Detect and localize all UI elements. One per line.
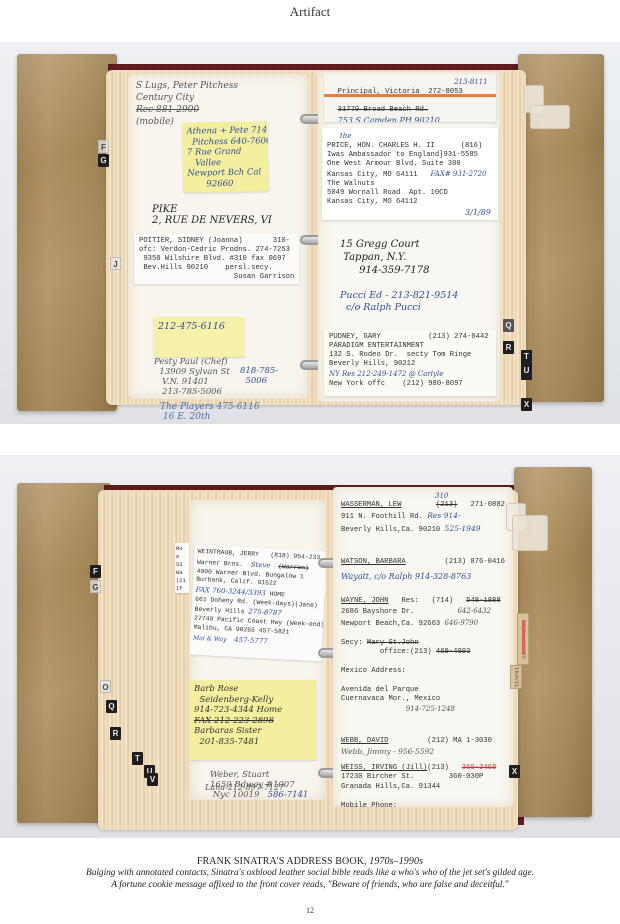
section-header: Artifact	[0, 4, 620, 20]
handwritten-watson: Wayatt, c/o Ralph 914-328-8763	[341, 571, 471, 582]
index-tab-q: Q	[106, 700, 117, 713]
index-tab-x: X	[509, 765, 520, 778]
card-principal: 213-8111 Principal, Victoria 272-8053 31…	[324, 74, 496, 122]
sticky-phone: 212-475-6116	[154, 317, 244, 357]
entry-weiss: WEISS, IRVING (Jill)(213) 360-3468 17230…	[341, 764, 496, 807]
index-tab-tu: TU	[521, 350, 532, 380]
tape-roll	[530, 105, 570, 129]
right-page: 213-8111 Principal, Victoria 272-8053 31…	[318, 72, 500, 402]
index-tab-f: F	[98, 140, 109, 153]
orange-divider	[324, 94, 496, 97]
index-tab-t: T	[132, 752, 143, 765]
handwritten-paul-players: Pesty Paul (Chef) 13909 Sylvan St V.N. 9…	[154, 357, 230, 397]
side-tab-restaurants: RESTAURANTS	[517, 613, 529, 665]
left-cover-wrapped	[17, 54, 117, 411]
index-tab-v: V	[147, 773, 158, 786]
entry-wayne: WAYNE, JOHN Res: (714) 548-1888 2686 Bay…	[341, 597, 501, 716]
left-page: WEINTRAUB, JERRY (818) 954-233 Warner Br…	[190, 500, 325, 800]
index-tab-r: R	[503, 341, 514, 354]
entry-webb: WEBB, DAVID (212) MA 1-3030 Webb, Jimmy …	[341, 737, 492, 759]
right-page: WASSERMAN, LEW (213) 271-0882 911 N. Foo…	[333, 487, 513, 807]
left-page: S Lugs, Peter Pitchess Century City Rec …	[128, 74, 308, 399]
index-tab-f: F	[90, 565, 101, 578]
handwritten-lana: Lana-212-897-7127	[205, 782, 284, 793]
caption: FRANK SINATRA'S ADDRESS BOOK, 1970s–1990…	[0, 856, 620, 891]
handwritten-players: The Players 475-6116 16 E. 20th	[160, 402, 260, 422]
index-tab-g: G	[98, 154, 109, 167]
index-tab-q: Q	[503, 319, 514, 332]
sticky-note-seidenberg: Barb Rose Seidenberg-Kelly 914-723-4344 …	[190, 680, 316, 760]
index-tab-x: X	[521, 398, 532, 411]
index-tab-r: R	[110, 727, 121, 740]
edge-card: Ro e 53 Wa (21 If	[175, 543, 189, 593]
handwritten-pucci: Pucci Ed - 213-821-9514 c/o Ralph Pucci	[340, 290, 458, 314]
left-cover-wrapped	[17, 483, 111, 823]
caption-title: FRANK SINATRA'S ADDRESS BOOK, 1970s–1990…	[0, 856, 620, 867]
side-tab-travel: TRAVEL	[510, 665, 522, 689]
handwritten-paul-phone: 818-785- 5006	[240, 366, 278, 386]
card-poitier: POITIER, SIDNEY (Joanna) 310- ofc: Verdo…	[134, 234, 299, 284]
handwritten-gregg-court: 15 Gregg Court Tappan, N.Y. 914-359-7178	[340, 238, 429, 277]
entry-watson: WATSON, BARBARA (213) 876-0416	[341, 558, 505, 567]
card-pudney: PUDNEY, GARY (213) 274-0442 PARADIGM ENT…	[324, 330, 496, 396]
pencil-notes-top: S Lugs, Peter Pitchess Century City Rec …	[136, 80, 238, 128]
caption-line-2: A fortune cookie message affixed to the …	[0, 879, 620, 891]
sticky-note-pitchess: Athena + Pete 714- Pitchess 640-7606 7 R…	[182, 121, 268, 192]
tape-roll	[512, 515, 548, 551]
area-code-correction: 310	[435, 491, 448, 502]
card-weintraub: WEINTRAUB, JERRY (818) 954-233 Warner Br…	[190, 545, 325, 662]
index-tab-g: G	[90, 580, 101, 593]
index-tab-j: J	[110, 257, 121, 270]
page-number: 12	[0, 906, 620, 915]
handwritten-pike: PIKE 2, RUE DE NEVERS, VI	[152, 204, 272, 226]
caption-line-1: Bulging with annotated contacts, Sinatra…	[0, 867, 620, 879]
card-price: the PRICE, HON. CHARLES H. II (816) Iwas…	[322, 128, 498, 220]
entry-wasserman: WASSERMAN, LEW (213) 271-0882 911 N. Foo…	[341, 501, 505, 535]
photo-address-book-open-w-section: F G O Q R T U V Ro e 53 Wa (21 If WEINTR…	[0, 455, 620, 838]
index-tab-o: O	[100, 680, 111, 693]
photo-address-book-open-p-section: F G J S Lugs, Peter Pitchess Century Cit…	[0, 42, 620, 424]
